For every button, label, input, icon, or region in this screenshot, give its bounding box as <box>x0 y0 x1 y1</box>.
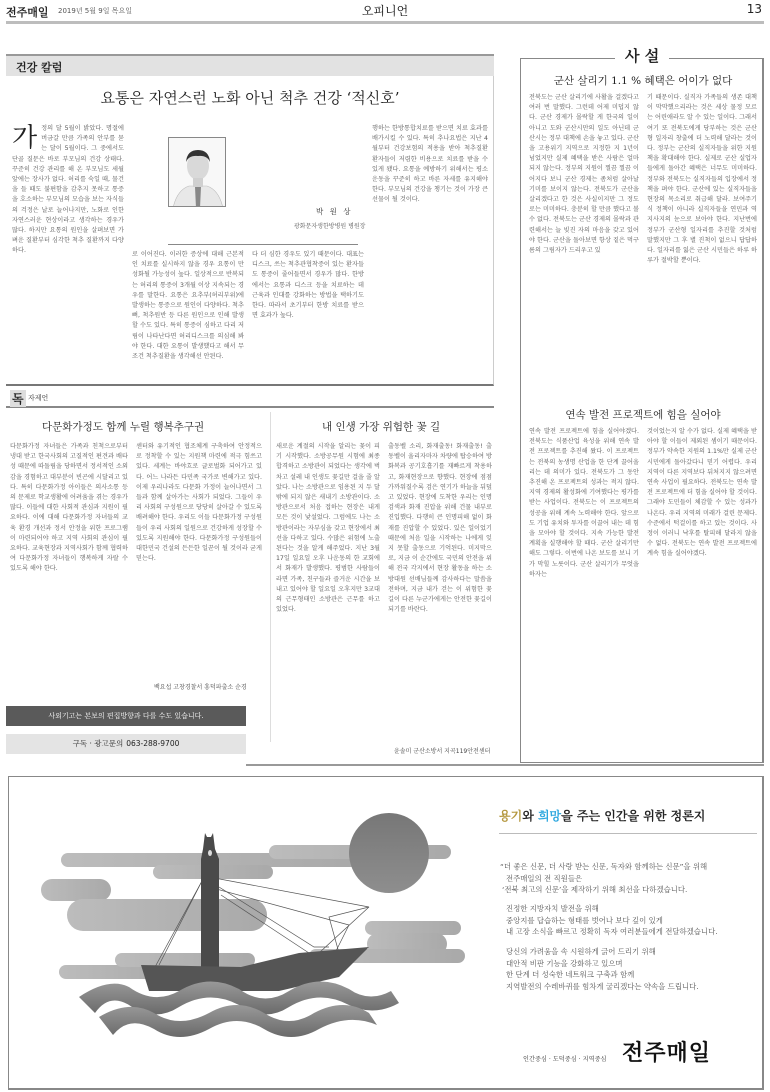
editorial2-text-col1: 연속 발전 프로젝트에 힘을 실어야겠다. 전북도는 식품산업 육성을 위해 연… <box>529 427 639 753</box>
reader-column-divider <box>270 412 271 742</box>
masthead: 전주매일 2019년 5월 9일 목요일 오피니언 13 <box>6 0 764 34</box>
editorial2-text-col2: 것이었는지 알 수가 없다. 실제 혜택을 받아야 할 이들이 제외된 셈이기 … <box>647 427 757 753</box>
slogan-courage: 용기 <box>499 809 522 823</box>
brand-logo: 전주매일 <box>622 1036 711 1067</box>
editorial-headline-1: 군산 살리기 1.1 % 혜택은 어이가 없다 <box>521 73 765 88</box>
health-column-tag-label: 건강 칼럼 <box>16 59 62 75</box>
ad-paragraph-2: 진정한 지방자치 발전을 위해 중앙지를 답습하는 형태를 벗어나 보다 깊이 … <box>506 903 764 938</box>
ad-paragraph-3: 당신의 가려움을 속 시원하게 긁어 드리기 위해 대안적 비판 기능을 강화하… <box>506 946 764 992</box>
author-name: 박 원 상 <box>316 206 353 217</box>
pen-ship-illustration-icon <box>9 777 465 1089</box>
health-column-headline: 요통은 자연스런 노화 아닌 척추 건강 ‘적신호’ <box>6 87 494 108</box>
reader-article2-headline: 내 인생 가장 위험한 꽃 길 <box>322 419 440 434</box>
ad-line: 진정한 지방자치 발전을 위해 <box>506 903 764 915</box>
page-number: 13 <box>747 2 762 16</box>
reader-article1-byline: 백요섭 고창경찰서 흥덕파출소 순경 <box>154 682 247 691</box>
ad-slogan: 용기와 희망을 주는 인간을 위한 정론지 <box>499 807 705 824</box>
ad-line: ‘전북 최고의 신문’을 제작하기 위해 최선을 다하겠습니다. <box>502 884 764 896</box>
contact-phone: 063-288-9700 <box>126 739 179 748</box>
disclaimer-banner: 사외기고는 본보의 편집방향과 다를 수도 있습니다. <box>6 706 246 726</box>
ad-line: 대안적 비판 기능을 강화하고 있으며 <box>506 958 764 970</box>
health-column: 건강 칼럼 요통은 자연스런 노화 아닌 척추 건강 ‘적신호’ 가정의 달 5… <box>6 54 494 386</box>
ad-paragraph-1: “더 좋은 신문, 더 사랑 받는 신문, 독자와 함께하는 신문”을 위해 전… <box>506 861 764 896</box>
editorial-label: 사 설 <box>615 45 669 66</box>
health-column-text-col4: 행하는 한방통합치료를 받으면 치료 효과를 배가시킬 수 있다. 특히 추나요… <box>372 124 488 379</box>
ad-line: 전주매일의 전 직원들은 <box>506 873 764 885</box>
author-photo <box>168 137 226 207</box>
reader-tag-small: 자제언 <box>28 393 48 403</box>
ad-line: “더 좋은 신문, 더 사랑 받는 신문, 독자와 함께하는 신문”을 위해 <box>500 861 764 873</box>
health-column-text-col3: 다 더 심한 경우도 있기 때문이다. 대표는 디스크, 쓰는 척추관협착증이 … <box>252 250 364 380</box>
ad-motto: 인간중심 · 도덕중심 · 지역중심 <box>523 1054 607 1063</box>
slogan-rest: 을 주는 인간을 위한 정론지 <box>561 809 705 823</box>
author-portrait-icon <box>169 138 226 207</box>
reader-article1-col2: 센터와 유기적인 협조체계 구축하여 안정적으로 정착할 수 있는 지원책 마련… <box>136 442 262 682</box>
ad-line: 당신의 가려움을 속 시원하게 긁어 드리기 위해 <box>506 946 764 958</box>
reader-tag-big: 독 <box>10 390 26 407</box>
reader-article2-col1: 새로운 계절의 시작을 알리는 꽃이 피기 시작했다. 소방공무원 시험에 최종… <box>276 442 380 754</box>
slogan-connector: 와 <box>522 809 538 823</box>
contact-label: 구독 · 광고문의 <box>73 739 124 748</box>
reader-article1-col1: 다문화가정 자녀들은 가족과 친척으로부터 냉대 받고 한국사회의 고질적인 편… <box>10 442 128 696</box>
section-title: 오피니언 <box>6 2 764 19</box>
ad-line: 내 고장 소식을 빠르고 정확히 독자 여러분들에게 전달하겠습니다. <box>506 926 764 938</box>
editorial-box: 사 설 군산 살리기 1.1 % 혜택은 어이가 없다 전북도는 군산 살리기에… <box>520 58 764 763</box>
ad-rule <box>499 833 757 834</box>
author-affiliation: 광화문자생한방병원 병원장 <box>294 221 365 230</box>
reader-article1-headline: 다문화가정도 함께 누릴 행복추구권 <box>42 419 204 434</box>
health-column-text-col2: 로 이어진다. 이러한 증상에 대해 근본적인 치료를 실시하지 않을 경우 요… <box>132 250 244 380</box>
dropcap: 가 <box>12 125 37 151</box>
slogan-hope: 희망 <box>538 809 561 823</box>
editorial1-text-col1: 전북도는 군산 살리기에 사활을 걸겠다고 여러 번 말했다. 그런데 어제 미… <box>529 93 639 399</box>
masthead-rule <box>6 21 764 24</box>
reader-article2-col2: 출동벨 소리, 화재출동! 화재출동! 출동벨이 울리자마자 차량에 탑승하여 … <box>388 442 492 742</box>
ad-line: 지역발전의 수레바퀴를 힘차게 굴리겠다는 약속을 드립니다. <box>506 981 764 993</box>
contact-banner: 구독 · 광고문의063-288-9700 <box>6 734 246 754</box>
reader-column-tag: 독 자제언 <box>6 390 494 408</box>
health-column-tag: 건강 칼럼 <box>6 54 494 76</box>
reader-article2-byline: 윤솔미 군산소방서 지곡119안전센터 <box>394 746 490 755</box>
section-divider <box>246 764 764 766</box>
ad-line: 중앙지를 답습하는 형태를 벗어나 보다 깊이 있게 <box>506 915 764 927</box>
author-divider <box>168 244 358 245</box>
ad-line: 한 단계 더 성숙한 네트워크 구축과 함께 <box>506 969 764 981</box>
editorial1-text-col2: 기 때문이다. 실직자 가족들의 생존 대책이 막막했으리라는 것은 세상 물정… <box>647 93 757 399</box>
health-column-text-col1: 가정의 달 5월이 밝았다. 명절에 버금갈 만큼 가족의 안부를 묻는 달이 … <box>12 124 124 379</box>
editorial-headline-2: 연속 발전 프로젝트에 힘을 실어야 <box>521 407 765 422</box>
